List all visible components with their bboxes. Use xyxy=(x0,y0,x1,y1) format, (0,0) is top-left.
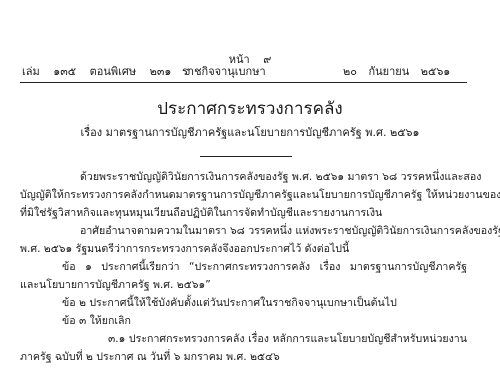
body-line: และนโยบายการบัญชีภาครัฐ พ.ศ. ๒๕๖๑” xyxy=(20,280,211,291)
issue-label: ตอนพิเศษ xyxy=(90,65,137,78)
clause-1: ข้อ ๑ ประกาศนี้เรียกว่า “ประกาศกระทรวงกา… xyxy=(62,262,467,273)
gazette-volume-info: เล่ม ๑๓๕ ตอนพิเศษ ๒๓๑ ง xyxy=(22,66,200,77)
title-divider xyxy=(200,156,292,157)
body-line: ภาครัฐ ฉบับที่ ๒ ประกาศ ณ วันที่ ๖ มกราค… xyxy=(20,352,280,363)
body-line: บัญญัติให้กระทรวงการคลังกำหนดมาตรฐานการบ… xyxy=(20,190,467,201)
clause-3-1: ๓.๑ ประกาศกระทรวงการคลัง เรื่อง หลักการแ… xyxy=(108,334,467,345)
volume-label: เล่ม xyxy=(22,65,40,78)
body-line: พ.ศ. ๒๕๖๑ รัฐมนตรีว่าการกระทรวงการคลังจึ… xyxy=(20,244,349,255)
issue-number: ๒๓๑ xyxy=(150,65,172,78)
volume-number: ๑๓๕ xyxy=(53,65,76,78)
document-subtitle: เรื่อง มาตรฐานการบัญชีภาครัฐและนโยบายการ… xyxy=(0,127,500,138)
body-line: ที่มิใช่รัฐวิสาหกิจและทุนหมุนเวียนถือปฏิ… xyxy=(20,208,382,219)
clause-3: ข้อ ๓ ให้ยกเลิก xyxy=(62,316,131,327)
publication-name: ราชกิจจานุเบกษา xyxy=(182,66,266,77)
date-year: ๒๕๖๑ xyxy=(421,65,451,78)
header-divider xyxy=(20,82,467,83)
gazette-date: ๒๐ กันยายน ๒๕๖๑ xyxy=(335,66,450,77)
clause-2: ข้อ ๒ ประกาศนี้ให้ใช้บังคับตั้งแต่วันประ… xyxy=(62,298,397,309)
date-month: กันยายน xyxy=(368,65,409,78)
date-day: ๒๐ xyxy=(343,65,357,78)
page-number: หน้า ๙ xyxy=(0,54,500,65)
document-title: ประกาศกระทรวงการคลัง xyxy=(0,101,500,118)
body-line: อาศัยอำนาจตามความในมาตรา ๖๘ วรรคหนึ่ง แห… xyxy=(80,226,467,237)
body-line: ด้วยพระราชบัญญัติวินัยการเงินการคลังของร… xyxy=(80,172,467,183)
